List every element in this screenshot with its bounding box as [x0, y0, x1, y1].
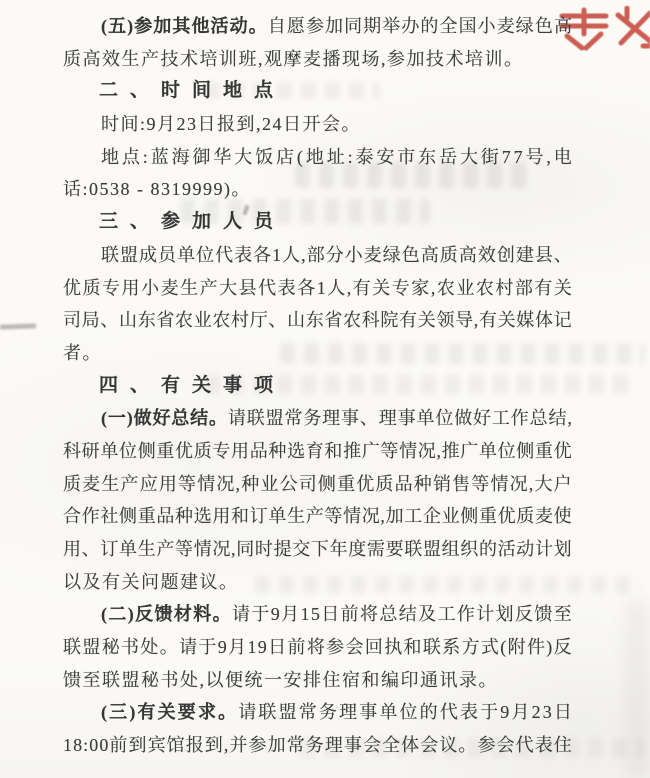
text-line: 司局、山东省农业农村厅、山东省农科院有关领导,有关媒体记: [63, 304, 572, 337]
text-line: (二)反馈材料。请于9月15日前将总结及工作计划反馈至: [63, 598, 572, 631]
bleed-through-smudge: [624, 600, 650, 778]
section-heading: 三、参加人员: [63, 206, 572, 239]
text-line: (五)参加其他活动。自愿参加同期举办的全国小麦绿色高: [63, 10, 572, 43]
section-heading: 四、有关事项: [63, 370, 572, 403]
text-line: 联盟成员单位代表各1人,部分小麦绿色高质高效创建县、: [63, 239, 572, 272]
text-line: (一)做好总结。请联盟常务理事、理事单位做好工作总结,: [63, 402, 572, 435]
text-line: 科研单位侧重优质专用品种选育和推广等情况,推广单位侧重优: [63, 435, 572, 468]
text-line: 地点:蓝海御华大饭店(地址:泰安市东岳大街77号,电: [63, 141, 572, 174]
text-line: 话:0538 - 8319999)。: [63, 173, 572, 206]
text-line: 合作社侧重品种选用和订单生产等情况,加工企业侧重优质麦使: [63, 500, 572, 533]
text-line: 以及有关问题建议。: [63, 566, 572, 599]
text-line: 馈至联盟秘书处,以便统一安排住宿和编印通讯录。: [63, 664, 572, 697]
text-line: 时间:9月23日报到,24日开会。: [63, 108, 572, 141]
text-line: (三)有关要求。请联盟常务理事单位的代表于9月23日: [63, 696, 572, 729]
section-heading: 二、时间地点: [63, 75, 572, 108]
text-line: 用、订单生产等情况,同时提交下年度需要联盟组织的活动计划: [63, 533, 572, 566]
text-line: 质麦生产应用等情况,种业公司侧重优质品种销售等情况,大户: [63, 468, 572, 501]
scanned-document: { "page": { "colors": { "paper": "#fbfaf…: [0, 0, 650, 778]
text-line: 质高效生产技术培训班,观摩麦播现场,参加技术培训。: [63, 43, 572, 76]
scan-artifact-dash: [0, 323, 36, 329]
text-line: 优质专用小麦生产大县代表各1人,有关专家,农业农村部有关: [63, 272, 572, 305]
text-line: 18:00前到宾馆报到,并参加常务理事会全体会议。参会代表住: [63, 729, 572, 762]
text-line: 者。: [63, 337, 572, 370]
text-line: 联盟秘书处。请于9月19日前将参会回执和联系方式(附件)反: [63, 631, 572, 664]
document-lines: (五)参加其他活动。自愿参加同期举办的全国小麦绿色高质高效生产技术培训班,观摩麦…: [63, 10, 572, 762]
